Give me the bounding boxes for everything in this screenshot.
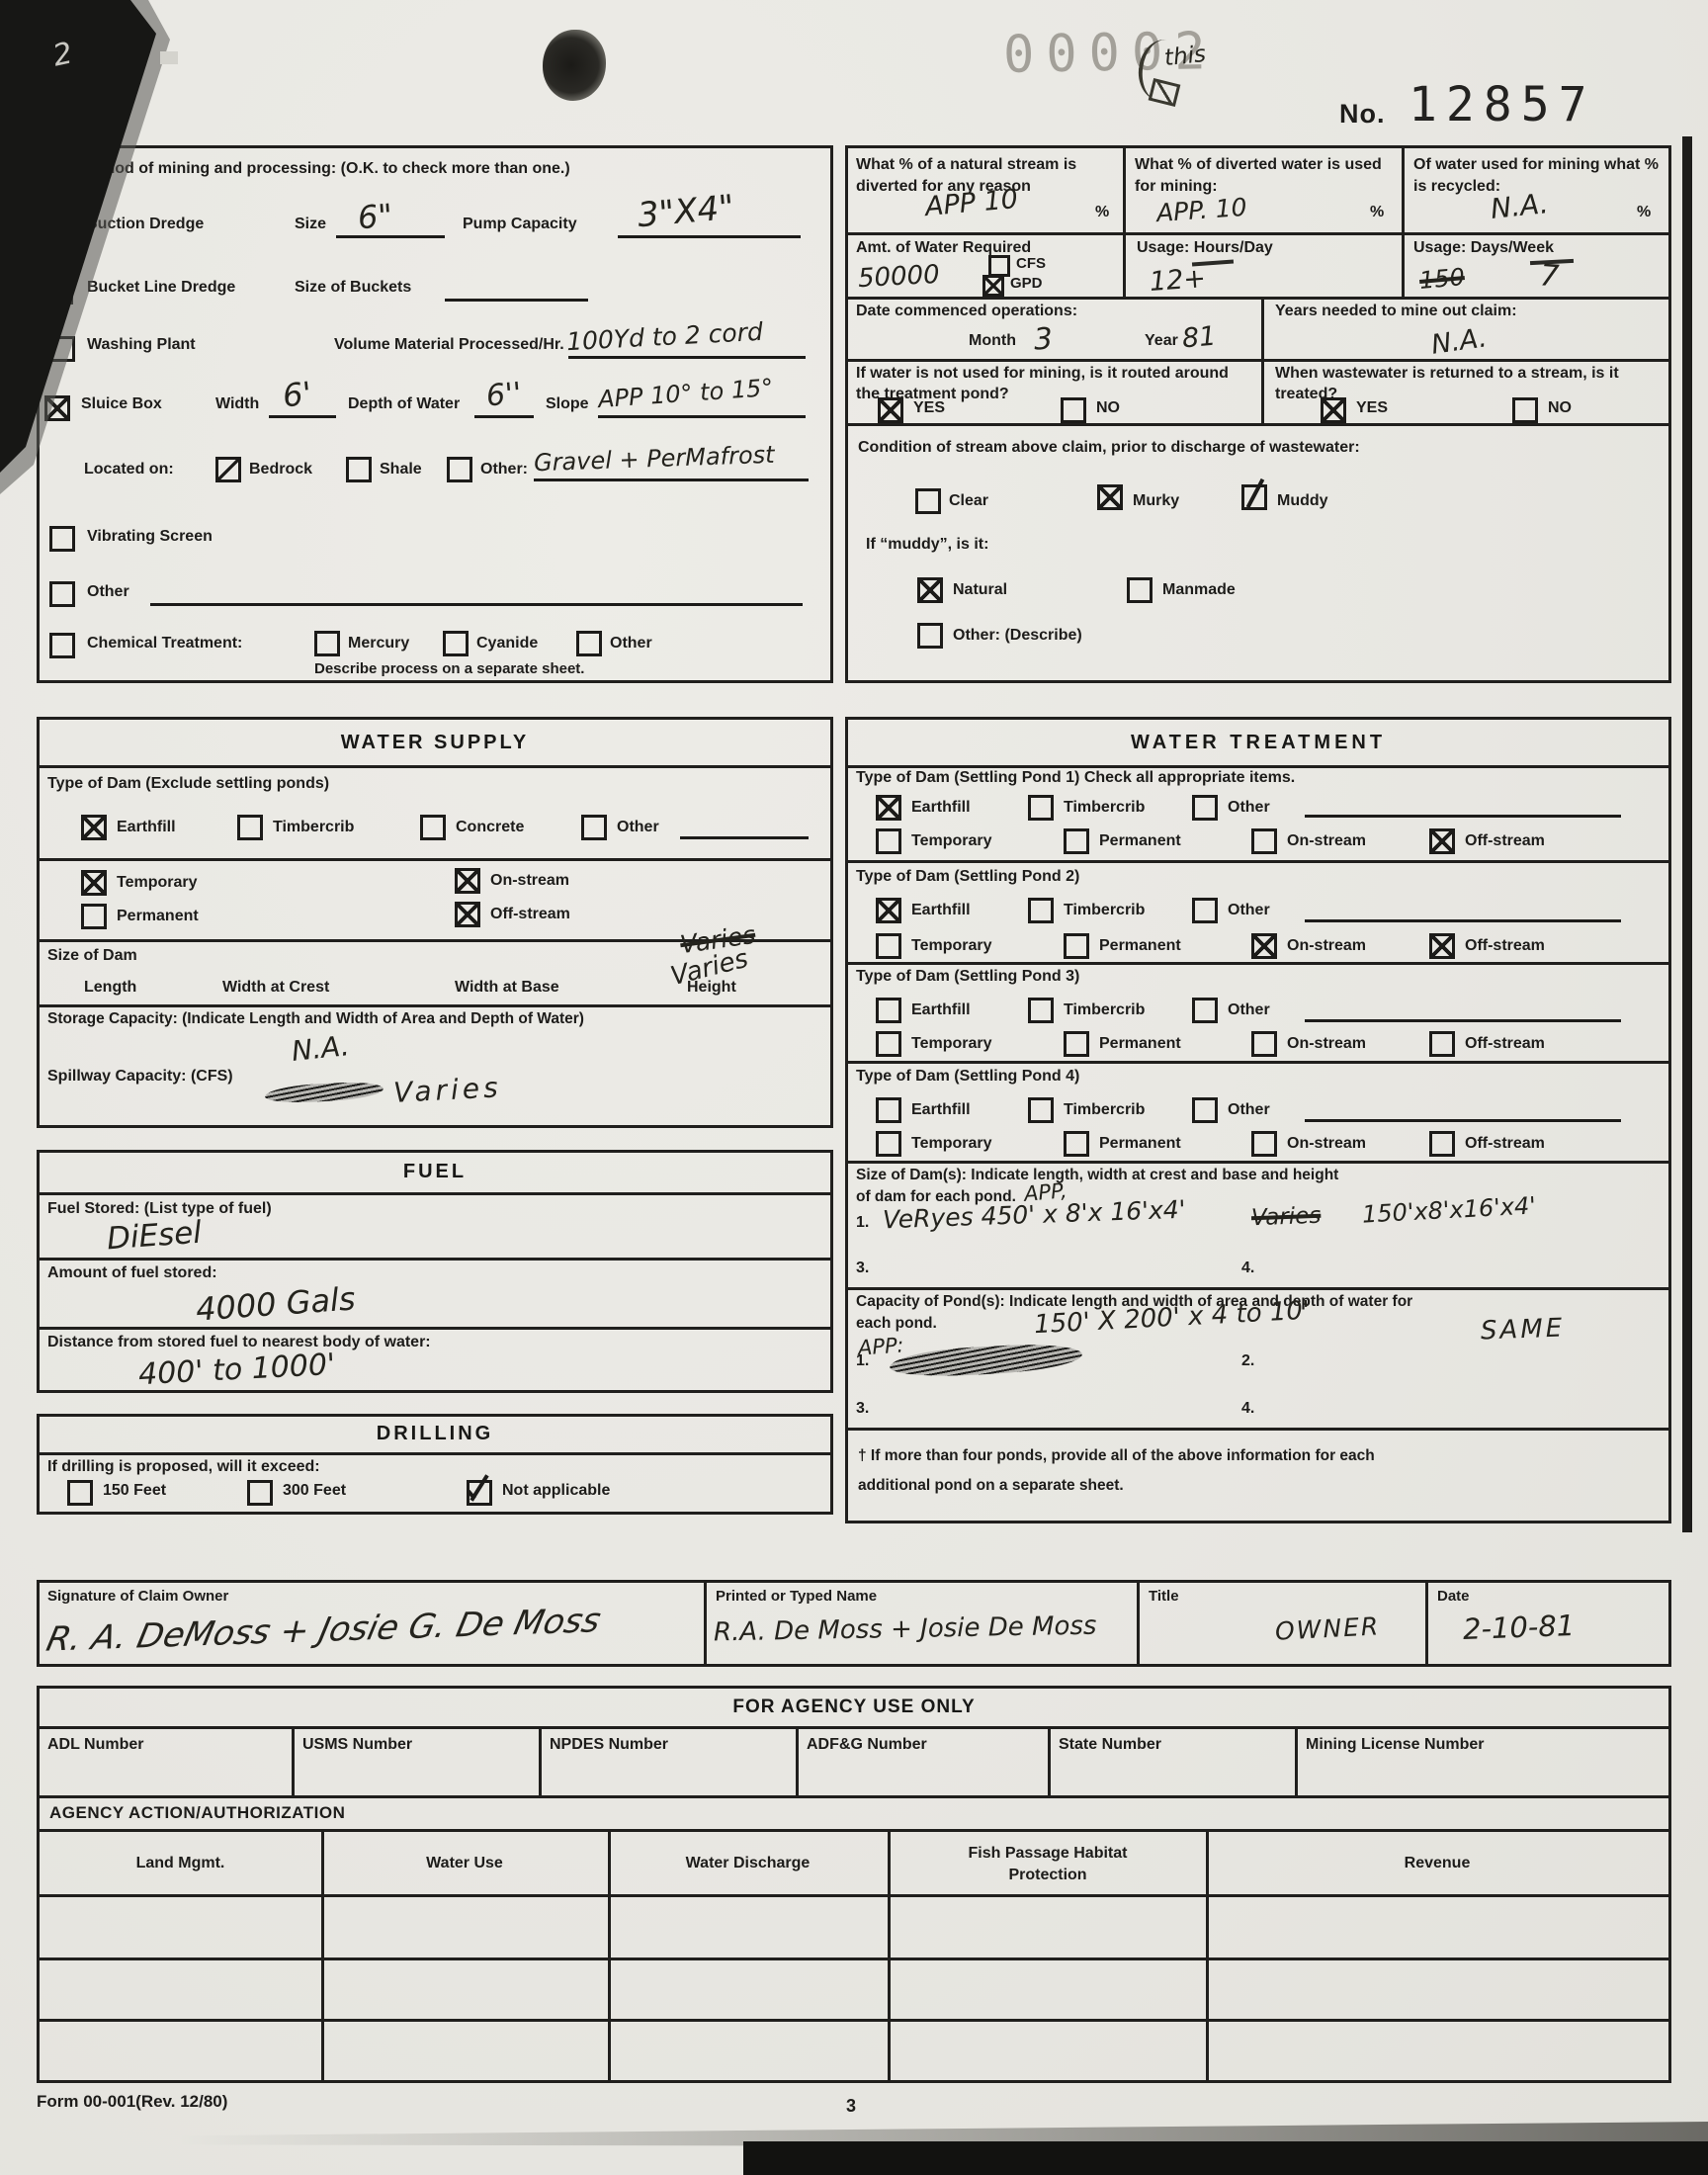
cfs-label: CFS	[1016, 255, 1046, 272]
pond4-off-stream-checkbox[interactable]	[1429, 1131, 1455, 1157]
pond1-earthfill-checkbox[interactable]	[876, 795, 901, 821]
signature-label: Signature of Claim Owner	[47, 1588, 228, 1605]
depth-field[interactable]	[474, 413, 534, 418]
settling-pond-3-block: Type of Dam (Settling Pond 3) Earthfill …	[848, 968, 1668, 1059]
chem-other-checkbox[interactable]	[576, 631, 602, 656]
water-use-header: Water Use	[321, 1855, 608, 1872]
ws-off-stream-checkbox[interactable]	[455, 902, 480, 927]
manmade-checkbox[interactable]	[1127, 577, 1153, 603]
treated-yes-label: YES	[1356, 399, 1388, 417]
pond2-other-checkbox[interactable]	[1192, 898, 1218, 923]
pond2-permanent-checkbox[interactable]	[1064, 933, 1089, 959]
size-label: Size	[295, 216, 326, 233]
form-number-value: 12857	[1409, 77, 1596, 132]
bedrock-label: Bedrock	[249, 461, 312, 478]
pond2-earthfill-checkbox[interactable]	[876, 898, 901, 923]
pond4-off-stream-label: Off-stream	[1465, 1135, 1545, 1153]
ws-on-stream-checkbox[interactable]	[455, 868, 480, 894]
pond4-timbercrib-label: Timbercrib	[1064, 1101, 1145, 1119]
wt-size-label-1: Size of Dam(s): Indicate length, width a…	[856, 1167, 1338, 1184]
ws-permanent-checkbox[interactable]	[81, 904, 107, 929]
bucket-line-dredge-label: Bucket Line Dredge	[87, 279, 235, 297]
pond2-off-stream-label: Off-stream	[1465, 937, 1545, 955]
fuel-section: FUEL Fuel Stored: (List type of fuel) Di…	[37, 1150, 833, 1393]
pond2-temporary-checkbox[interactable]	[876, 933, 901, 959]
located-other-field[interactable]	[534, 477, 809, 481]
year-label: Year	[1145, 332, 1178, 350]
title-label: Title	[1149, 1588, 1179, 1605]
ws-temporary-label: Temporary	[117, 874, 198, 892]
slope-label: Slope	[546, 395, 589, 413]
pond4-permanent-label: Permanent	[1099, 1135, 1181, 1153]
pump-capacity-label: Pump Capacity	[463, 216, 577, 233]
treated-no-checkbox[interactable]	[1512, 397, 1538, 423]
sluice-box-label: Sluice Box	[81, 395, 162, 413]
muddy-checkbox[interactable]	[1241, 484, 1267, 510]
routed-yes-label: YES	[913, 399, 945, 417]
other-method-field[interactable]	[150, 601, 803, 606]
pond1-temporary-label: Temporary	[911, 832, 992, 850]
wt-size-item1-number: 1.	[856, 1214, 869, 1232]
ws-other-field[interactable]	[680, 834, 809, 839]
printed-name-value[interactable]: R.A. De Moss + Josie De Moss	[714, 1611, 1097, 1648]
mercury-checkbox[interactable]	[314, 631, 340, 656]
pond1-timbercrib-checkbox[interactable]	[1028, 795, 1054, 821]
shale-label: Shale	[380, 461, 422, 478]
fuel-title: FUEL	[40, 1161, 830, 1183]
ws-earthfill-checkbox[interactable]	[81, 815, 107, 840]
pond4-temporary-label: Temporary	[911, 1135, 992, 1153]
pond2-temporary-label: Temporary	[911, 937, 992, 955]
pond1-on-stream-label: On-stream	[1287, 832, 1366, 850]
date-label: Date	[1437, 1588, 1470, 1605]
other-method-label: Other	[87, 583, 129, 601]
drill-300-label: 300 Feet	[283, 1482, 346, 1500]
pond3-on-stream-label: On-stream	[1287, 1035, 1366, 1053]
ws-timbercrib-checkbox[interactable]	[237, 815, 263, 840]
wt-cap-item2-number: 2.	[1241, 1352, 1254, 1370]
years-needed-label: Years needed to mine out claim:	[1275, 303, 1517, 320]
ink-blot-stamp-icon	[543, 30, 606, 101]
wt-cap-item4-number: 4.	[1241, 1400, 1254, 1418]
ws-concrete-label: Concrete	[456, 819, 524, 836]
pond3-other-label: Other	[1228, 1001, 1270, 1019]
signature-row: Signature of Claim Owner R. A. DeMoss + …	[37, 1580, 1671, 1667]
pct-recycled-value: N.A.	[1489, 187, 1550, 225]
pond4-timbercrib-checkbox[interactable]	[1028, 1097, 1054, 1123]
title-value[interactable]: OWNER	[1274, 1611, 1381, 1646]
pump-capacity-value: 3"X4"	[636, 188, 735, 235]
drill-150-checkbox[interactable]	[67, 1480, 93, 1506]
pond1-permanent-label: Permanent	[1099, 832, 1181, 850]
pond4-other-label: Other	[1228, 1101, 1270, 1119]
wt-cap-label-2: each pond.	[856, 1315, 937, 1333]
pond2-other-field[interactable]	[1305, 917, 1621, 922]
fuel-amount-label: Amount of fuel stored:	[47, 1264, 217, 1282]
clear-label: Clear	[949, 492, 988, 510]
cfs-checkbox[interactable]	[988, 255, 1010, 277]
routed-yes-checkbox[interactable]	[878, 397, 903, 423]
wt-size-value-b: 150'x8'x16'x4'	[1361, 1191, 1536, 1228]
agency-use-section: FOR AGENCY USE ONLY ADL Number USMS Numb…	[37, 1686, 1671, 2083]
drilling-section: DRILLING If drilling is proposed, will i…	[37, 1414, 833, 1515]
ws-size-of-dam-label: Size of Dam	[47, 947, 137, 965]
drill-300-checkbox[interactable]	[247, 1480, 273, 1506]
ws-spillway-label: Spillway Capacity: (CFS)	[47, 1068, 233, 1086]
pct-used-question: What % of diverted water is used for min…	[1135, 154, 1394, 197]
pond1-earthfill-label: Earthfill	[911, 799, 971, 817]
ws-temporary-checkbox[interactable]	[81, 870, 107, 896]
condition-other-label: Other: (Describe)	[953, 627, 1082, 645]
other-method-checkbox[interactable]	[49, 581, 75, 607]
pond4-permanent-checkbox[interactable]	[1064, 1131, 1089, 1157]
shale-checkbox[interactable]	[346, 457, 372, 482]
state-number-label[interactable]: State Number	[1059, 1736, 1161, 1754]
agency-action-title: AGENCY ACTION/AUTHORIZATION	[49, 1803, 345, 1823]
revenue-header: Revenue	[1206, 1855, 1668, 1872]
width-label: Width	[215, 395, 259, 413]
pond1-other-label: Other	[1228, 799, 1270, 817]
pond4-on-stream-checkbox[interactable]	[1251, 1131, 1277, 1157]
pond1-off-stream-checkbox[interactable]	[1429, 828, 1455, 854]
chemical-note: Describe process on a separate sheet.	[314, 660, 584, 677]
ws-storage-value: N.A.	[290, 1029, 351, 1068]
depth-value: 6''	[485, 377, 524, 414]
form-number-label: No.	[1339, 99, 1386, 130]
year-value: 81	[1181, 321, 1218, 355]
located-other-checkbox[interactable]	[447, 457, 472, 482]
amt-water-value: 50000	[857, 260, 940, 294]
water-supply-section: WATER SUPPLY Type of Dam (Exclude settli…	[37, 717, 833, 1128]
ws-col-base: Width at Base	[455, 979, 559, 997]
date-value[interactable]: 2-10-81	[1462, 1609, 1575, 1646]
pond2-earthfill-label: Earthfill	[911, 902, 971, 919]
pct-diverted-value: APP 10	[924, 184, 1019, 222]
bottom-scan-bar-artifact	[743, 2141, 1708, 2175]
located-other-value: Gravel + PerMafrost	[534, 441, 775, 477]
water-discharge-header: Water Discharge	[608, 1855, 888, 1872]
pond2-off-stream-checkbox[interactable]	[1429, 933, 1455, 959]
width-value: 6'	[281, 375, 313, 415]
vibrating-screen-checkbox[interactable]	[49, 526, 75, 552]
usms-number-label[interactable]: USMS Number	[302, 1736, 412, 1754]
fuel-stored-value: DiEsel	[106, 1215, 203, 1258]
agency-title: FOR AGENCY USE ONLY	[40, 1696, 1668, 1718]
pond2-timbercrib-checkbox[interactable]	[1028, 898, 1054, 923]
gpd-label: GPD	[1010, 275, 1043, 292]
wt-size-item4-number: 4.	[1241, 1260, 1254, 1277]
settling-pond-4-block: Type of Dam (Settling Pond 4) Earthfill …	[848, 1068, 1668, 1159]
pond1-permanent-checkbox[interactable]	[1064, 828, 1089, 854]
ws-timbercrib-label: Timbercrib	[273, 819, 354, 836]
ws-col-crest: Width at Crest	[222, 979, 329, 997]
drilling-title: DRILLING	[40, 1423, 830, 1445]
natural-checkbox[interactable]	[917, 577, 943, 603]
pond2-label: Type of Dam (Settling Pond 2)	[856, 868, 1079, 886]
wt-size-item3-number: 3.	[856, 1260, 869, 1277]
slope-value: APP 10° to 15°	[597, 374, 774, 413]
pond1-other-checkbox[interactable]	[1192, 795, 1218, 821]
wt-cap-scratch-mark	[889, 1342, 1082, 1379]
drill-na-checkbox[interactable]	[467, 1480, 492, 1506]
pond1-on-stream-checkbox[interactable]	[1251, 828, 1277, 854]
fuel-amount-value: 4000 Gals	[195, 1279, 357, 1328]
ws-col-length: Length	[84, 979, 136, 997]
npdes-number-label[interactable]: NPDES Number	[550, 1736, 668, 1754]
years-needed-value: N.A.	[1429, 322, 1489, 361]
water-questions-section: What % of a natural stream is diverted f…	[845, 145, 1671, 683]
adl-number-label[interactable]: ADL Number	[47, 1736, 144, 1754]
pond4-on-stream-label: On-stream	[1287, 1135, 1366, 1153]
water-treatment-section: WATER TREATMENT Type of Dam (Settling Po…	[845, 717, 1671, 1523]
mercury-label: Mercury	[348, 635, 409, 652]
wt-footnote-2: additional pond on a separate sheet.	[858, 1477, 1124, 1495]
pond3-permanent-checkbox[interactable]	[1064, 1031, 1089, 1057]
pond2-on-stream-checkbox[interactable]	[1251, 933, 1277, 959]
condition-other-checkbox[interactable]	[917, 623, 943, 649]
gpd-checkbox[interactable]	[982, 275, 1004, 297]
manmade-label: Manmade	[1162, 581, 1236, 599]
pond1-timbercrib-label: Timbercrib	[1064, 799, 1145, 817]
ws-spillway-value: Varies	[392, 1071, 502, 1109]
signature-value[interactable]: R. A. DeMoss + Josie G. De Moss	[43, 1601, 604, 1659]
size-of-buckets-label: Size of Buckets	[295, 279, 411, 297]
depth-of-water-label: Depth of Water	[348, 395, 460, 413]
stream-condition-label: Condition of stream above claim, prior t…	[858, 439, 1360, 457]
right-edge-scan-artifact	[1682, 136, 1692, 1532]
ws-earthfill-label: Earthfill	[117, 819, 176, 836]
wt-cap-same: SAME	[1481, 1314, 1566, 1347]
month-value: 3	[1033, 321, 1054, 357]
pond4-earthfill-checkbox[interactable]	[876, 1097, 901, 1123]
chemical-treatment-label: Chemical Treatment:	[87, 635, 242, 652]
days-per-week-label: Usage: Days/Week	[1413, 239, 1554, 257]
date-commenced-label: Date commenced operations:	[856, 303, 1077, 320]
pond3-timbercrib-label: Timbercrib	[1064, 1001, 1145, 1019]
murky-checkbox[interactable]	[1097, 484, 1123, 510]
pond3-label: Type of Dam (Settling Pond 3)	[856, 968, 1079, 986]
mining-method-section: method of mining and processing: (O.K. t…	[37, 145, 833, 683]
natural-label: Natural	[953, 581, 1007, 599]
pond1-off-stream-label: Off-stream	[1465, 832, 1545, 850]
drill-na-label: Not applicable	[502, 1482, 610, 1500]
fuel-stored-label: Fuel Stored: (List type of fuel)	[47, 1200, 272, 1218]
located-on-label: Located on:	[84, 461, 174, 478]
pond2-other-label: Other	[1228, 902, 1270, 919]
drilling-question: If drilling is proposed, will it exceed:	[47, 1458, 320, 1476]
pond3-other-checkbox[interactable]	[1192, 998, 1218, 1023]
pct-used-value: APP. 10	[1155, 193, 1247, 227]
treated-yes-checkbox[interactable]	[1321, 397, 1346, 423]
located-other-label: Other:	[480, 461, 528, 478]
pond3-temporary-label: Temporary	[911, 1035, 992, 1053]
mining-license-number-label[interactable]: Mining License Number	[1306, 1736, 1484, 1754]
murky-label: Murky	[1133, 492, 1179, 510]
days-per-week-scratched: 150	[1418, 263, 1466, 295]
pond3-other-field[interactable]	[1305, 1017, 1621, 1022]
routed-no-checkbox[interactable]	[1061, 397, 1086, 423]
pond4-temporary-checkbox[interactable]	[876, 1131, 901, 1157]
pond4-other-checkbox[interactable]	[1192, 1097, 1218, 1123]
width-field[interactable]	[269, 413, 336, 418]
slope-field[interactable]	[598, 413, 806, 418]
wt-footnote-1: † If more than four ponds, provide all o…	[858, 1447, 1375, 1465]
pond3-permanent-label: Permanent	[1099, 1035, 1181, 1053]
page-number: 3	[846, 2096, 856, 2117]
wt-cap-item1-number: 1.	[856, 1352, 869, 1370]
ws-storage-label: Storage Capacity: (Indicate Length and W…	[47, 1010, 584, 1028]
pct-sign-2: %	[1370, 204, 1384, 221]
ws-col-height: Height	[687, 979, 736, 997]
size-of-buckets-field[interactable]	[445, 297, 588, 302]
pond4-other-field[interactable]	[1305, 1117, 1621, 1122]
pond4-label: Type of Dam (Settling Pond 4)	[856, 1068, 1079, 1086]
land-mgmt-header: Land Mgmt.	[40, 1855, 321, 1872]
if-muddy-label: If “muddy”, is it:	[866, 536, 988, 554]
volume-processed-field[interactable]	[568, 354, 806, 359]
pond1-other-field[interactable]	[1305, 813, 1621, 818]
wt-size-scratched: Varies	[1251, 1203, 1322, 1231]
ws-permanent-label: Permanent	[117, 908, 199, 925]
pond3-off-stream-label: Off-stream	[1465, 1035, 1545, 1053]
cyanide-label: Cyanide	[476, 635, 538, 652]
scanned-form-page: No. 12857 00002 this method of mining an…	[0, 0, 1708, 2175]
vibrating-screen-label: Vibrating Screen	[87, 528, 213, 546]
pond3-off-stream-checkbox[interactable]	[1429, 1031, 1455, 1057]
routed-no-label: NO	[1096, 399, 1120, 417]
ws-other-label: Other	[617, 819, 659, 836]
chemical-treatment-checkbox[interactable]	[49, 633, 75, 658]
fish-passage-header: Fish Passage Habitat Protection	[964, 1843, 1132, 1887]
wt-cap-item3-number: 3.	[856, 1400, 869, 1418]
pond3-temporary-checkbox[interactable]	[876, 1031, 901, 1057]
cyanide-checkbox[interactable]	[443, 631, 469, 656]
hours-per-day-label: Usage: Hours/Day	[1137, 239, 1273, 257]
drill-150-label: 150 Feet	[103, 1482, 166, 1500]
pond2-timbercrib-label: Timbercrib	[1064, 902, 1145, 919]
form-id: Form 00-001(Rev. 12/80)	[37, 2092, 227, 2112]
chem-other-label: Other	[610, 635, 652, 652]
volume-processed-label: Volume Material Processed/Hr.	[334, 336, 564, 354]
washing-plant-label: Washing Plant	[87, 336, 196, 354]
ws-spillway-scratch-mark	[265, 1081, 384, 1104]
clear-checkbox[interactable]	[915, 488, 941, 514]
fuel-distance-label: Distance from stored fuel to nearest bod…	[47, 1334, 431, 1351]
hours-per-day-value: 12+	[1149, 263, 1207, 298]
size-value: 6"	[357, 197, 394, 236]
settling-pond-1-block: Type of Dam (Settling Pond 1) Check all …	[848, 769, 1668, 858]
month-label: Month	[969, 332, 1016, 350]
pct-sign-3: %	[1637, 204, 1651, 221]
ws-type-of-dam-label: Type of Dam (Exclude settling ponds)	[47, 775, 329, 793]
fuel-distance-value: 400' to 1000'	[137, 1348, 336, 1392]
ws-off-stream-label: Off-stream	[490, 906, 570, 923]
ws-concrete-checkbox[interactable]	[420, 815, 446, 840]
adfg-number-label[interactable]: ADF&G Number	[807, 1736, 927, 1754]
pond3-earthfill-label: Earthfill	[911, 1001, 971, 1019]
water-supply-title: WATER SUPPLY	[40, 732, 830, 754]
treated-no-label: NO	[1548, 399, 1572, 417]
pond3-on-stream-checkbox[interactable]	[1251, 1031, 1277, 1057]
pond4-earthfill-label: Earthfill	[911, 1101, 971, 1119]
muddy-label: Muddy	[1277, 492, 1328, 510]
bedrock-checkbox[interactable]	[215, 457, 241, 482]
pond2-on-stream-label: On-stream	[1287, 937, 1366, 955]
pond3-timbercrib-checkbox[interactable]	[1028, 998, 1054, 1023]
corner-paper-chip	[160, 51, 178, 64]
ws-other-checkbox[interactable]	[581, 815, 607, 840]
pond2-permanent-label: Permanent	[1099, 937, 1181, 955]
pct-sign-1: %	[1095, 204, 1109, 221]
water-treatment-title: WATER TREATMENT	[848, 732, 1668, 754]
pond3-earthfill-checkbox[interactable]	[876, 998, 901, 1023]
settling-pond-2-block: Type of Dam (Settling Pond 2) Earthfill …	[848, 868, 1668, 960]
pond1-label: Type of Dam (Settling Pond 1) Check all …	[856, 769, 1295, 787]
mining-method-title: method of mining and processing: (O.K. t…	[77, 160, 570, 178]
pond1-temporary-checkbox[interactable]	[876, 828, 901, 854]
printed-name-label: Printed or Typed Name	[716, 1588, 877, 1605]
volume-processed-value: 100Yd to 2 cord	[565, 317, 763, 356]
days-per-week-value: 7	[1539, 258, 1560, 294]
ws-on-stream-label: On-stream	[490, 872, 569, 890]
